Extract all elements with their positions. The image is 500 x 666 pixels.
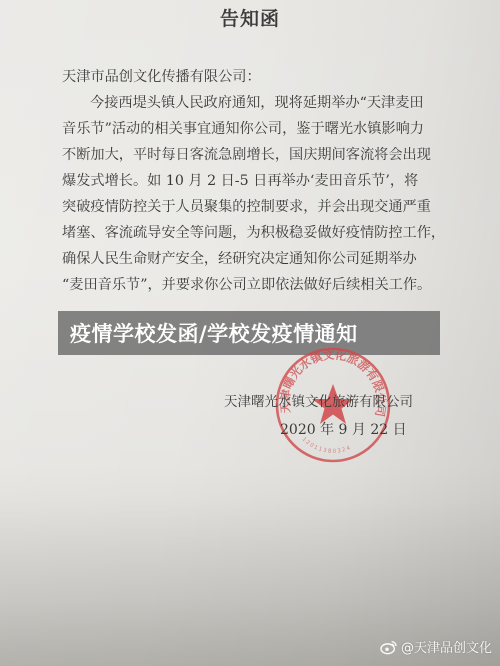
letter-body: 天津市品创文化传播有限公司： 今接西堤头镇人民政府通知，现将延期举办“天津麦田 … [62,64,434,298]
body-line: 突破疫情防控关于人员聚集的控制要求，并会出现交通严重 [62,194,434,220]
body-line: 确保人民生命财产安全，经研究决定通知你公司延期举办 [62,246,434,272]
salutation: 天津市品创文化传播有限公司： [62,64,434,90]
body-line: 音乐节”活动的相关事宜通知你公司，鉴于曙光水镇影响力 [62,116,434,142]
body-line: “麦田音乐节”，并要求你公司立即依法做好后续相关工作。 [62,272,434,298]
watermark-text: @天津品创文化 [401,637,492,656]
signature-date: 2020 年 9 月 22 日 [280,419,407,439]
body-line: 堵塞、客流疏导安全等问题，为积极稳妥做好疫情防控工作， [62,220,434,246]
watermark: @天津品创文化 [380,637,492,656]
document-title: 告知函 [0,4,500,31]
body-line: 爆发式增长。如 10 月 2 日-5 日再举办‘麦田音乐节’，将 [62,168,434,194]
body-line: 今接西堤头镇人民政府通知，现将延期举办“天津麦田 [62,90,434,116]
body-line: 不断加大，平时每日客流急剧增长，国庆期间客流将会出现 [62,142,434,168]
svg-text:12011380324: 12011380324 [301,436,353,454]
banner-title: 疫情学校发函/学校发疫情通知 [58,318,358,348]
weibo-icon [380,639,398,655]
signature-company: 天津曙光水镇文化旅游有限公司 [224,390,413,410]
